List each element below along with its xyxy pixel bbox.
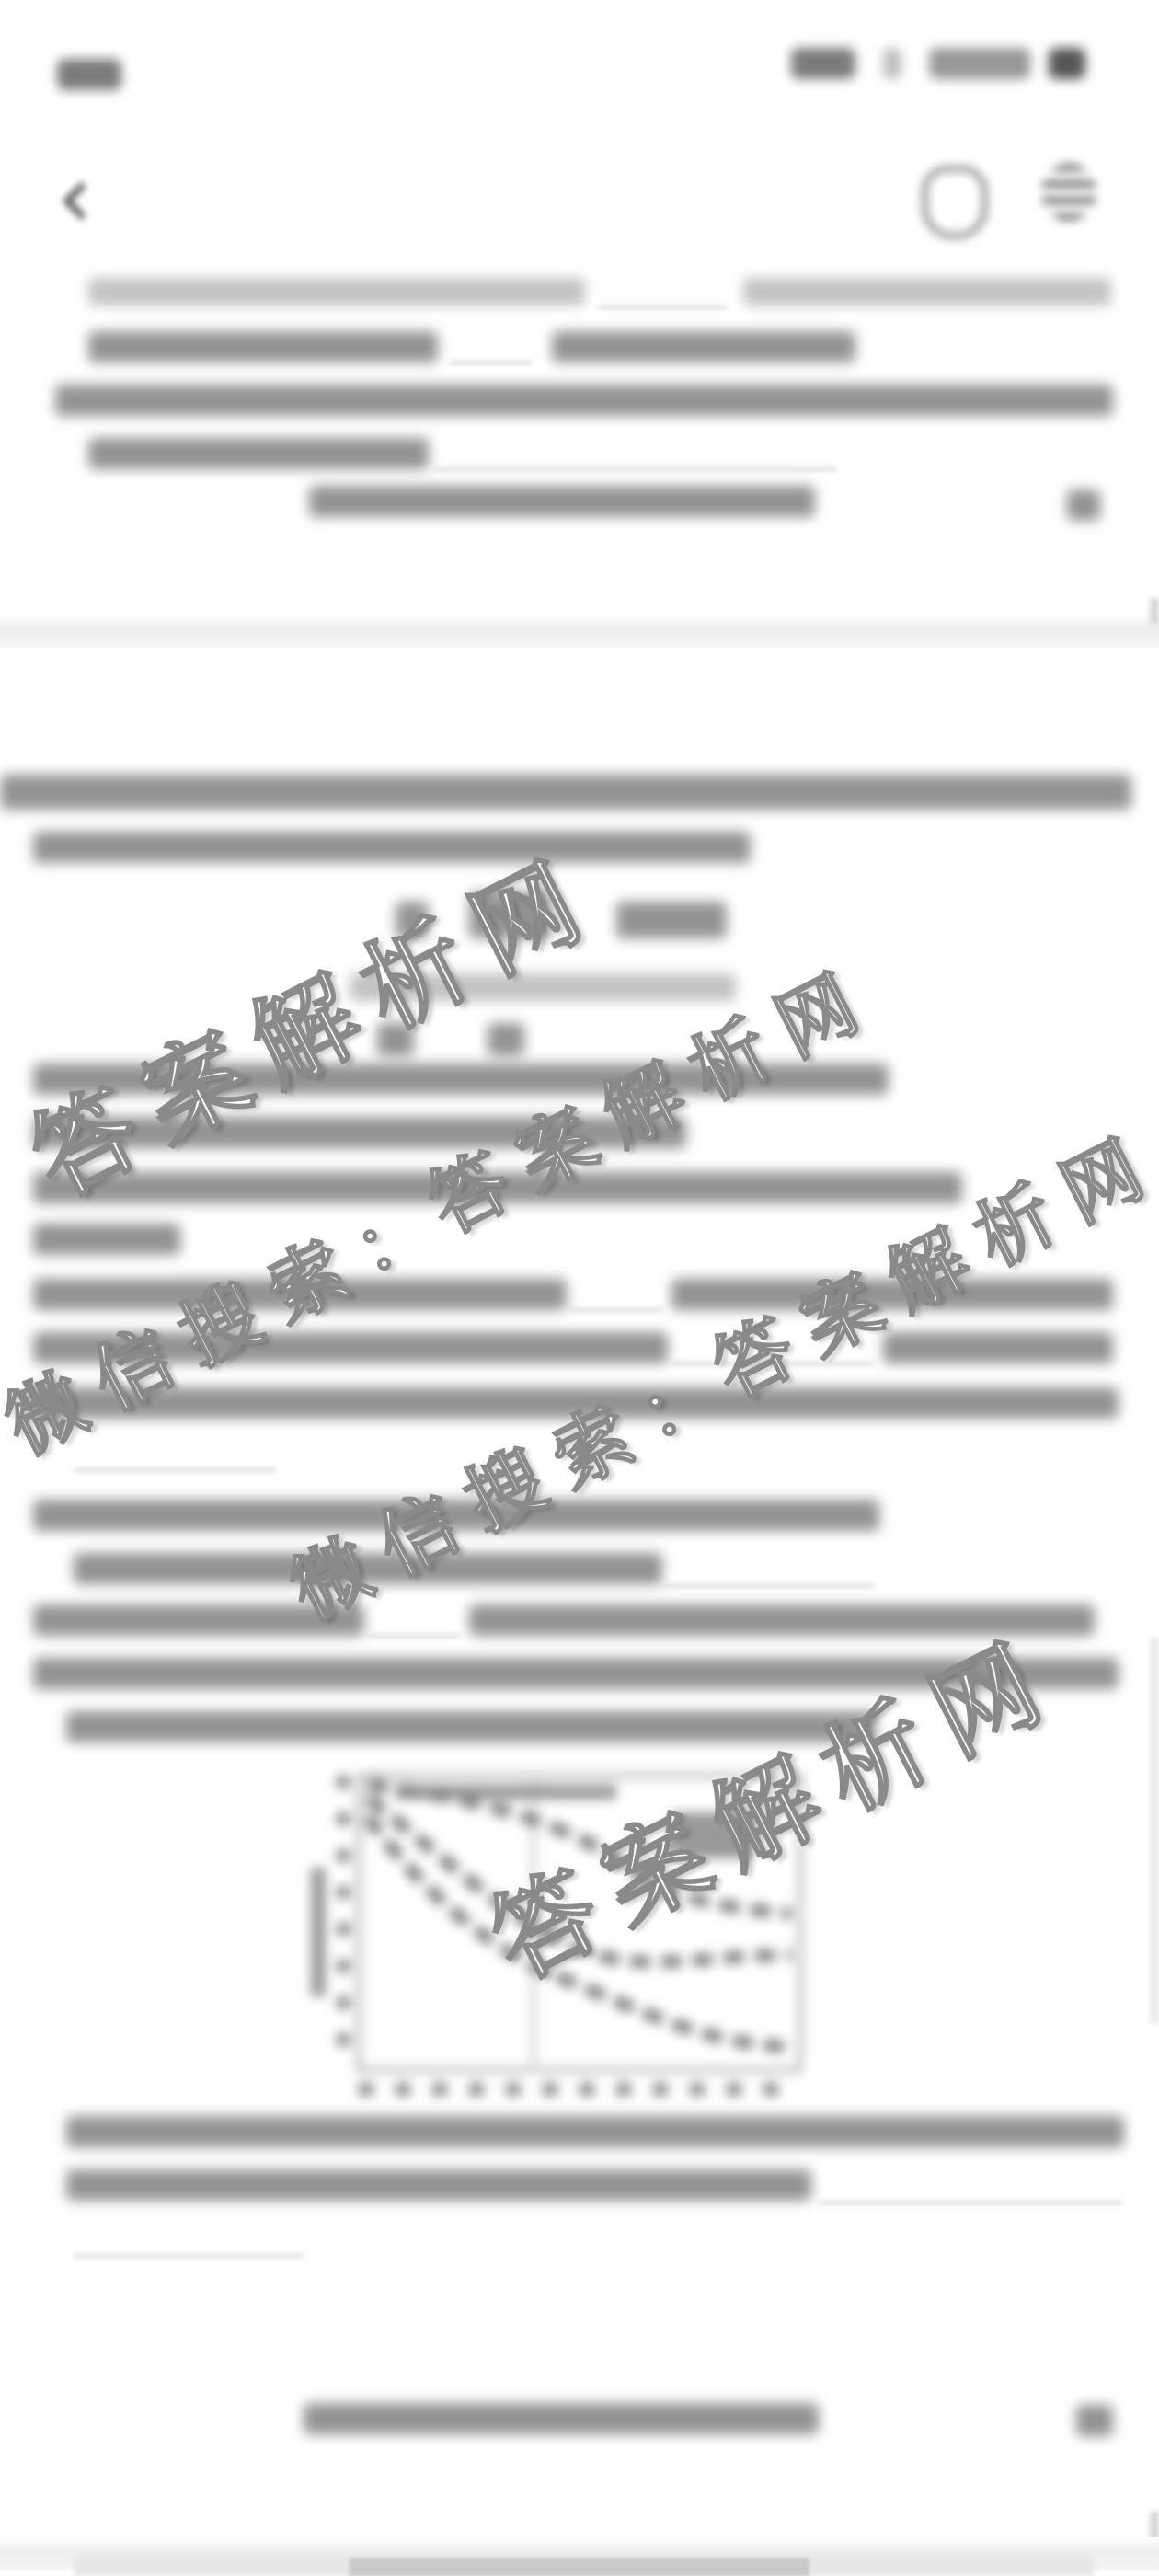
text-line bbox=[743, 278, 1111, 305]
signal-icon bbox=[791, 48, 855, 79]
wifi-icon bbox=[883, 48, 901, 79]
page-footer bbox=[304, 2403, 819, 2434]
text-line bbox=[33, 1500, 879, 1531]
line-chart bbox=[304, 1757, 819, 2107]
text-line bbox=[33, 1064, 889, 1095]
text-line bbox=[33, 832, 751, 863]
diagram-symbol bbox=[616, 902, 727, 938]
answer-blank[interactable] bbox=[449, 361, 532, 364]
watermark-prompt: 微信搜索： bbox=[270, 1321, 754, 1641]
text-line bbox=[66, 2116, 1124, 2147]
status-bar-icons bbox=[791, 37, 1104, 88]
answer-blank[interactable] bbox=[432, 467, 837, 471]
answer-blank[interactable] bbox=[368, 1634, 460, 1638]
answer-blank[interactable] bbox=[819, 2201, 1122, 2204]
text-line bbox=[55, 385, 1113, 416]
text-line bbox=[66, 1711, 876, 1742]
text-line bbox=[552, 331, 855, 362]
text-line bbox=[671, 1279, 1113, 1310]
diagram-symbol bbox=[377, 1023, 414, 1056]
page-separator bbox=[0, 615, 1159, 648]
page-number bbox=[1067, 489, 1100, 521]
scrollbar[interactable] bbox=[1150, 598, 1159, 624]
status-bar-time bbox=[57, 48, 131, 79]
text-line bbox=[33, 1387, 1119, 1419]
text-line bbox=[33, 1117, 686, 1148]
battery-icon bbox=[1049, 48, 1085, 79]
text-line bbox=[33, 1172, 962, 1203]
text-line bbox=[469, 1604, 1095, 1636]
page-scroll-thumb[interactable] bbox=[350, 2558, 809, 2576]
scrollbar[interactable] bbox=[1150, 1638, 1159, 2024]
text-line bbox=[88, 331, 438, 362]
answer-blank[interactable] bbox=[570, 1308, 662, 1312]
answer-blank[interactable] bbox=[74, 1468, 276, 1472]
diagram-symbol bbox=[469, 892, 552, 938]
page-footer bbox=[309, 486, 815, 517]
text-line bbox=[33, 1279, 567, 1310]
network-icon bbox=[929, 48, 1030, 79]
text-line bbox=[33, 1332, 668, 1363]
text-line bbox=[74, 1553, 662, 1584]
back-button[interactable] bbox=[53, 169, 109, 224]
page-number bbox=[1076, 2405, 1113, 2436]
watermark-site: 答案解析网 bbox=[693, 1100, 1159, 1420]
text-line bbox=[88, 438, 429, 469]
answer-blank[interactable] bbox=[598, 305, 727, 309]
watermark-site: 答案解析网 bbox=[3, 814, 619, 1226]
answer-blank[interactable] bbox=[662, 1584, 874, 1588]
text-line bbox=[883, 1332, 1113, 1363]
text-line bbox=[88, 278, 585, 305]
diagram-symbol bbox=[396, 902, 429, 938]
answer-blank[interactable] bbox=[74, 2254, 304, 2258]
text-line bbox=[33, 1224, 180, 1255]
diagram-line bbox=[350, 973, 736, 1001]
menu-button[interactable] bbox=[1032, 156, 1111, 236]
answer-blank[interactable] bbox=[671, 1362, 874, 1365]
diagram-symbol bbox=[488, 1023, 524, 1056]
shield-button[interactable] bbox=[911, 158, 988, 236]
text-line bbox=[0, 775, 1131, 810]
text-line bbox=[33, 1658, 1119, 1689]
text-line bbox=[66, 2169, 811, 2201]
watermark-prompt: 微信搜索： bbox=[0, 1156, 469, 1476]
text-line bbox=[33, 1604, 364, 1636]
